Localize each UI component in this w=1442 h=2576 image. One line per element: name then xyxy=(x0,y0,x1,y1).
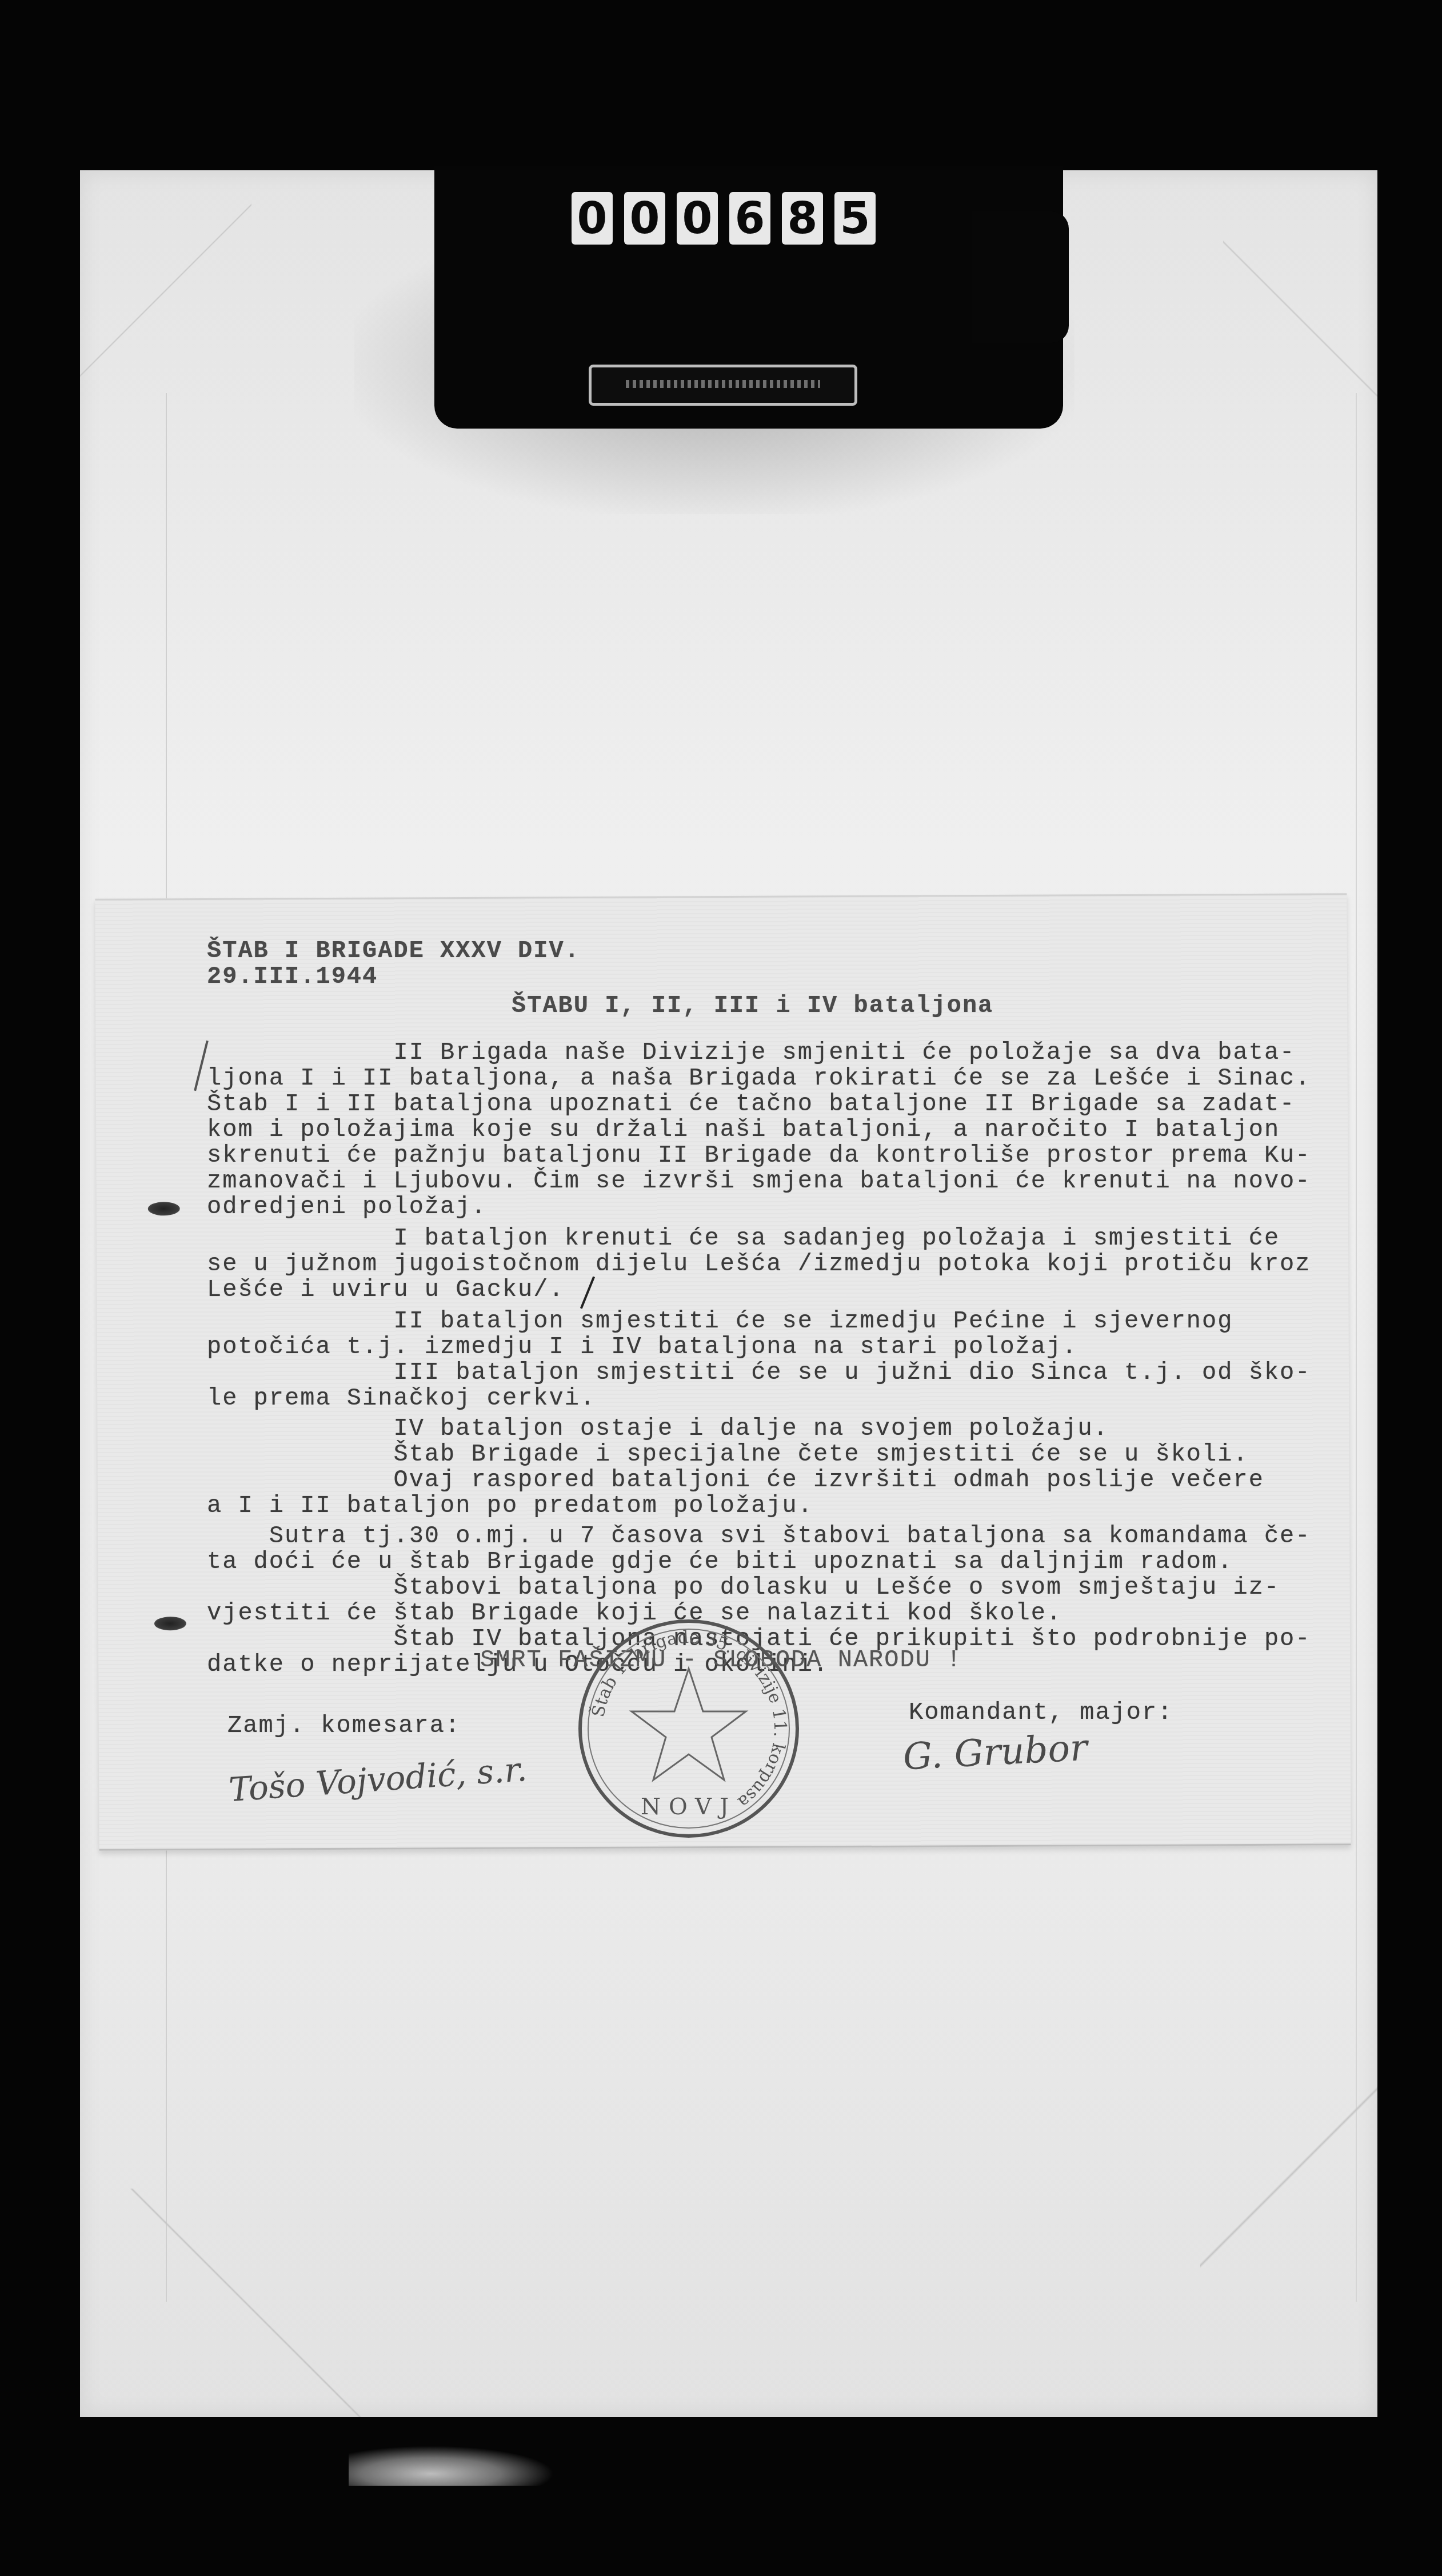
letter-body-line: ta doći će u štab Brigade gdje će biti u… xyxy=(207,1549,1233,1575)
letter-body-line: se u južnom jugoistočnom dijelu Lešća /i… xyxy=(207,1251,1311,1277)
counter-digit: 5 xyxy=(834,192,876,245)
letter-body-line: Štab I i II bataljona upoznati će tačno … xyxy=(207,1091,1295,1117)
letter-body-line: I bataljon krenuti će sa sadanjeg položa… xyxy=(207,1226,1280,1251)
stamp-bottom-text: NOVJ xyxy=(641,1794,737,1820)
letter-body-line: le prema Sinačkoj cerkvi. xyxy=(207,1386,596,1411)
film-edge-flare xyxy=(349,2446,554,2486)
deputy-commissar-label: Zamj. komesara: xyxy=(227,1713,461,1739)
letter-body-line: III bataljon smjestiti će se u južni dio… xyxy=(207,1360,1311,1386)
counter-digit: 8 xyxy=(782,192,823,245)
letter-body-line: potočića t.j. izmedju I i IV bataljona n… xyxy=(207,1334,1077,1360)
counter-digit: 6 xyxy=(729,192,770,245)
corner-fold xyxy=(1223,170,1377,467)
stamp-ring-text: Štab 1. brigade 35. divizije 11. korpusa xyxy=(588,1627,790,1812)
letter-body-line: Štabovi bataljona po dolasku u Lešće o s… xyxy=(207,1575,1280,1601)
punch-hole-icon xyxy=(148,1202,180,1215)
punch-hole-icon xyxy=(154,1617,186,1630)
counter-knob xyxy=(972,211,1069,343)
counter-label-plate xyxy=(589,365,857,406)
svg-text:Štab 1. brigade 35. divizije 1: Štab 1. brigade 35. divizije 11. korpusa xyxy=(588,1627,790,1812)
letter-body-line: Ovaj raspored bataljoni će izvršiti odma… xyxy=(207,1467,1264,1493)
letter-body-line: zmanovači i Ljubovu. Čim se izvrši smjen… xyxy=(207,1169,1311,1194)
letter-body-line: ljona I i II bataljona, a naša Brigada r… xyxy=(207,1066,1311,1091)
counter-digit: 0 xyxy=(572,192,613,245)
letter-sender: ŠTAB I BRIGADE XXXV DIV. xyxy=(207,938,580,964)
commander-label: Komandant, major: xyxy=(909,1700,1173,1726)
letter-body-line: skrenuti će pažnju bataljonu II Brigade … xyxy=(207,1143,1311,1169)
letter-body-line: II bataljon smjestiti će se izmedju Peći… xyxy=(207,1309,1233,1334)
letter-body-line: IV bataljon ostaje i dalje na svojem pol… xyxy=(207,1416,1109,1442)
letter-body-line: odredjeni položaj. xyxy=(207,1194,487,1220)
corner-fold xyxy=(1200,1943,1377,2411)
counter-digit: 0 xyxy=(624,192,665,245)
unit-stamp: Štab 1. brigade 35. divizije 11. korpusa… xyxy=(574,1614,803,1840)
corner-fold xyxy=(97,2189,394,2417)
counter-digit: 0 xyxy=(677,192,718,245)
letter-body-line: II Brigada naše Divizije smjeniti će pol… xyxy=(207,1040,1295,1066)
letter-date: 29.III.1944 xyxy=(207,964,378,990)
letter-body-line: Štab Brigade i specijalne čete smjestiti… xyxy=(207,1442,1249,1467)
frame-counter: 0 0 0 6 8 5 xyxy=(572,192,876,245)
letter-addressee: ŠTABU I, II, III i IV bataljona xyxy=(512,993,993,1019)
letter-body-line: Lešće i uviru u Gacku/. xyxy=(207,1277,565,1303)
letter-body-line: Sutra tj.30 o.mj. u 7 časova svi štabovi… xyxy=(207,1523,1311,1549)
letter-body-line: a I i II bataljon po predatom položaju. xyxy=(207,1493,813,1519)
star-icon xyxy=(632,1669,746,1780)
corner-fold xyxy=(80,170,251,410)
letter-body-line: kom i položajima koje su držali naši bat… xyxy=(207,1117,1280,1143)
